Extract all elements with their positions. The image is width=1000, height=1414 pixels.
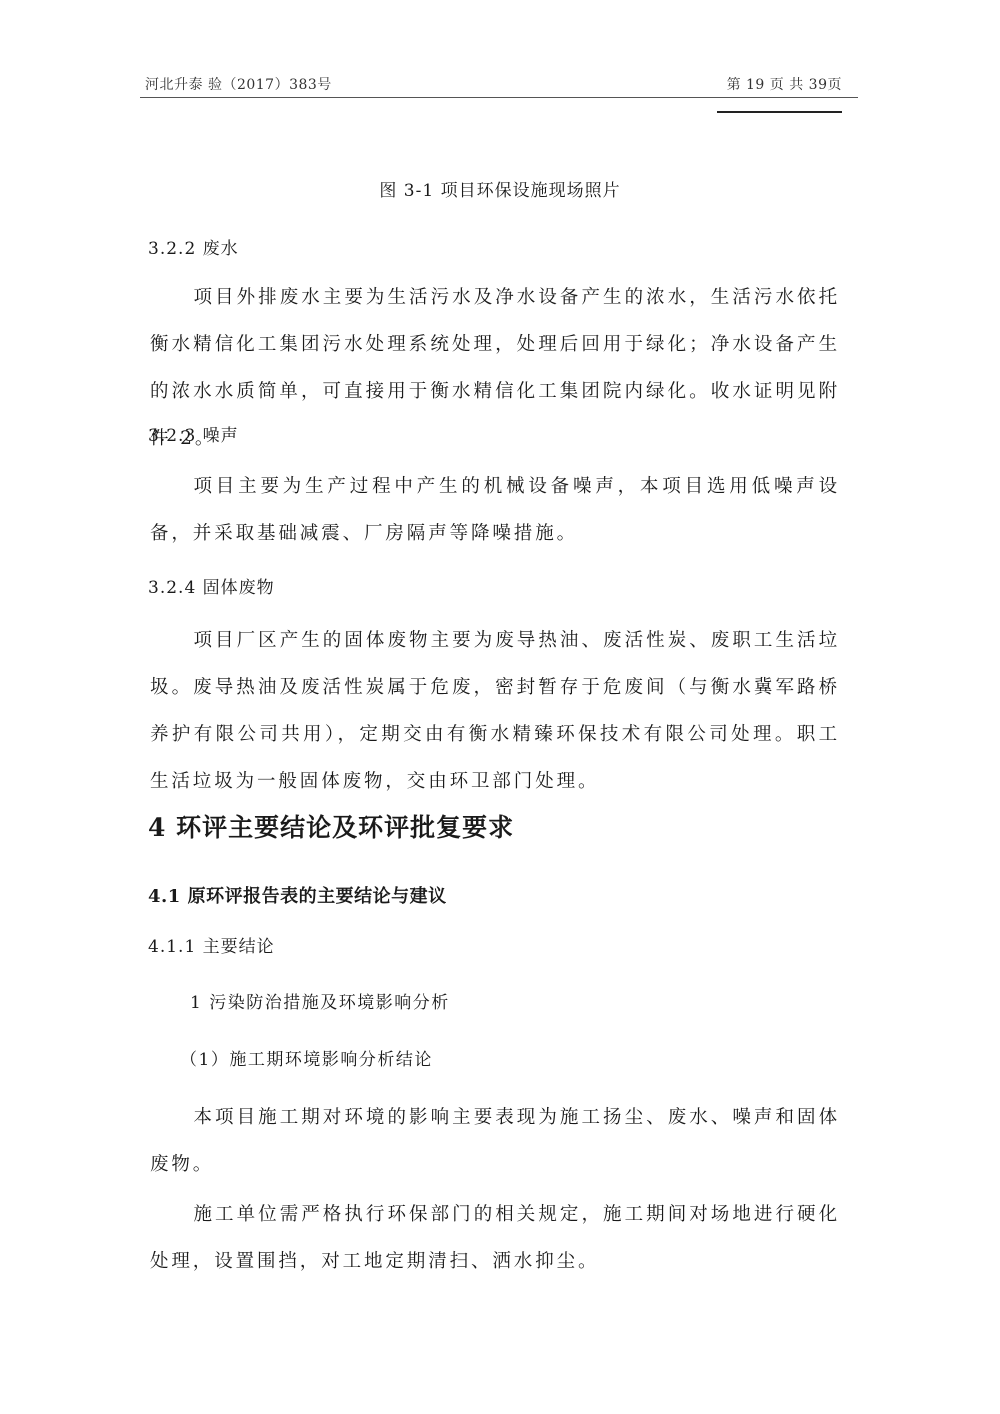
list-item-1-1: （1）施工期环境影响分析结论 bbox=[180, 1045, 433, 1070]
heading-4-1-1: 4.1.1 主要结论 bbox=[148, 932, 275, 957]
header-doc-number: 河北升泰 验（2017）383号 bbox=[145, 74, 332, 94]
list-item-1: 1 污染防治措施及环境影响分析 bbox=[190, 988, 450, 1013]
heading-4: 4 环评主要结论及环评批复要求 bbox=[148, 808, 514, 844]
header-page-info: 第 19 页 共 39页 bbox=[727, 74, 842, 94]
figure-caption: 图 3-1 项目环保设施现场照片 bbox=[0, 176, 1000, 201]
paragraph-construction-impact: 本项目施工期对环境的影响主要表现为施工扬尘、废水、噪声和固体废物。 bbox=[150, 1094, 840, 1188]
paragraph-wastewater: 项目外排废水主要为生活污水及净水设备产生的浓水，生活污水依托衡水精信化工集团污水… bbox=[150, 274, 840, 462]
header-short-rule bbox=[717, 111, 842, 113]
heading-4-1: 4.1 原环评报告表的主要结论与建议 bbox=[148, 882, 447, 908]
paragraph-solid-waste: 项目厂区产生的固体废物主要为废导热油、废活性炭、废职工生活垃圾。废导热油及废活性… bbox=[150, 617, 840, 805]
heading-3-2-3: 3.2.3 噪声 bbox=[148, 421, 239, 446]
paragraph-construction-measures: 施工单位需严格执行环保部门的相关规定，施工期间对场地进行硬化处理，设置围挡，对工… bbox=[150, 1191, 840, 1285]
header-rule bbox=[140, 97, 858, 98]
heading-3-2-4: 3.2.4 固体废物 bbox=[148, 573, 275, 598]
paragraph-noise: 项目主要为生产过程中产生的机械设备噪声，本项目选用低噪声设备，并采取基础减震、厂… bbox=[150, 463, 840, 557]
heading-3-2-2: 3.2.2 废水 bbox=[148, 234, 239, 259]
